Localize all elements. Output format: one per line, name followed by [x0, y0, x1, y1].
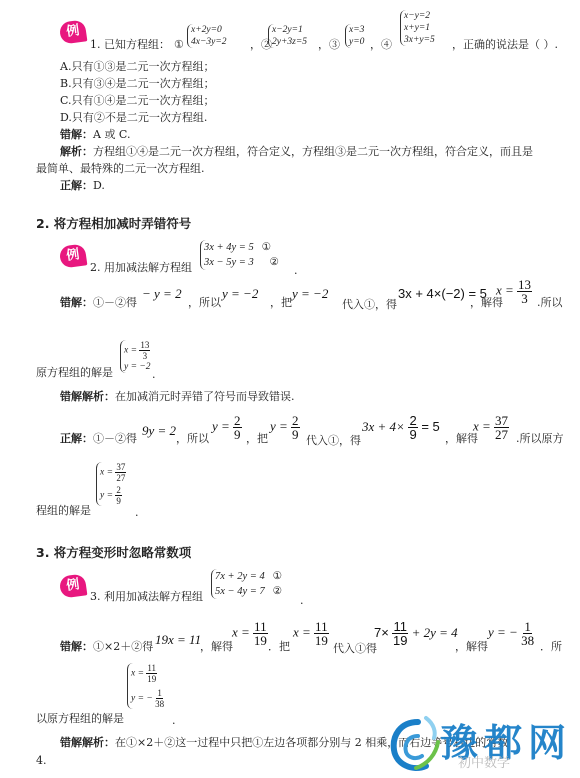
correct-label: 正解： — [60, 179, 93, 192]
section-2-heading: 2. 将方程相加减时弄错符号 — [36, 214, 191, 232]
option-a: A.只有①③是二元一次方程组； — [60, 60, 214, 74]
q1-analysis-cont: 最简单、最特殊的二元一次方程组. — [36, 162, 205, 176]
q1-system-1: x+2y=0 4x−3y=2 — [187, 24, 227, 48]
q2-wrong-solution-system: x = 133 y = −2 — [120, 340, 151, 373]
option-d: D.只有②不是二元一次方程组. — [60, 111, 207, 125]
q3-stem: 3. 利用加减法解方程组 — [90, 590, 203, 604]
example-badge: 例 — [59, 19, 88, 44]
q1-system-3: x=3 y=0 — [345, 24, 364, 48]
system-mark-4: ，④ — [370, 38, 392, 52]
swirl-logo-icon — [388, 714, 446, 776]
q1-number: 1. — [90, 38, 101, 51]
q1-analysis: 解析：方程组①④是二元一次方程组，符合定义，方程组③是二元一次方程组，符合定义，… — [60, 145, 533, 159]
q1-wrong-answer: 错解：A 或 C. — [60, 128, 130, 142]
watermark-subtext: 初中数学 — [458, 752, 510, 771]
analysis-label: 解析： — [60, 145, 93, 158]
q3-wrong-analysis-cont: 4. — [36, 754, 47, 768]
wrong-label: 错解： — [60, 128, 93, 141]
system-mark-3: ，③ — [318, 38, 340, 52]
section-3-heading: 3. 将方程变形时忽略常数项 — [36, 543, 191, 561]
q2-wrong-analysis: 错解解析：在加减消元时弄错了符号而导致错误. — [60, 390, 295, 404]
example-badge: 例 — [59, 243, 88, 268]
q3-system: 7x + 2y = 4 ① 5x − 4y = 7 ② — [211, 569, 282, 599]
q2-stem: 2. 用加减法解方程组 — [90, 261, 192, 275]
q1-stem-prefix: 已知方程组： — [104, 38, 170, 51]
q1-correct-answer: 正解：D. — [60, 179, 105, 193]
q1-system-2: x−2y=1 2y+3z=5 — [268, 24, 307, 48]
q3-wrong-solution-system: x = 1119 y = − 138 — [127, 663, 164, 709]
system-mark-1: ① — [174, 38, 184, 52]
q2-correct-solution: 正解：①－②得 — [60, 432, 137, 446]
q1-stem: 1. 已知方程组： — [90, 38, 170, 52]
q1-system-4: x−y=2 x+y=1 3x+y=5 — [400, 10, 435, 46]
q2-correct-solution-system: x = 3727 y = 29 — [96, 462, 126, 506]
math: − y = 2 — [142, 286, 182, 302]
q3-wrong-solution: 错解：①×2＋②得 — [60, 640, 153, 654]
q2-wrong-solution: 错解：①－②得 — [60, 296, 137, 310]
q2-system: 3x + 4y = 5 ① 3x − 5y = 3 ② — [200, 240, 279, 270]
q1-stem-suffix: ，正确的说法是（ ）. — [452, 38, 558, 52]
watermark-logo: 豫都网 初中数学 — [388, 712, 580, 778]
example-badge: 例 — [59, 573, 88, 598]
option-b: B.只有③④是二元一次方程组； — [60, 77, 215, 91]
option-c: C.只有①④是二元一次方程组； — [60, 94, 215, 108]
